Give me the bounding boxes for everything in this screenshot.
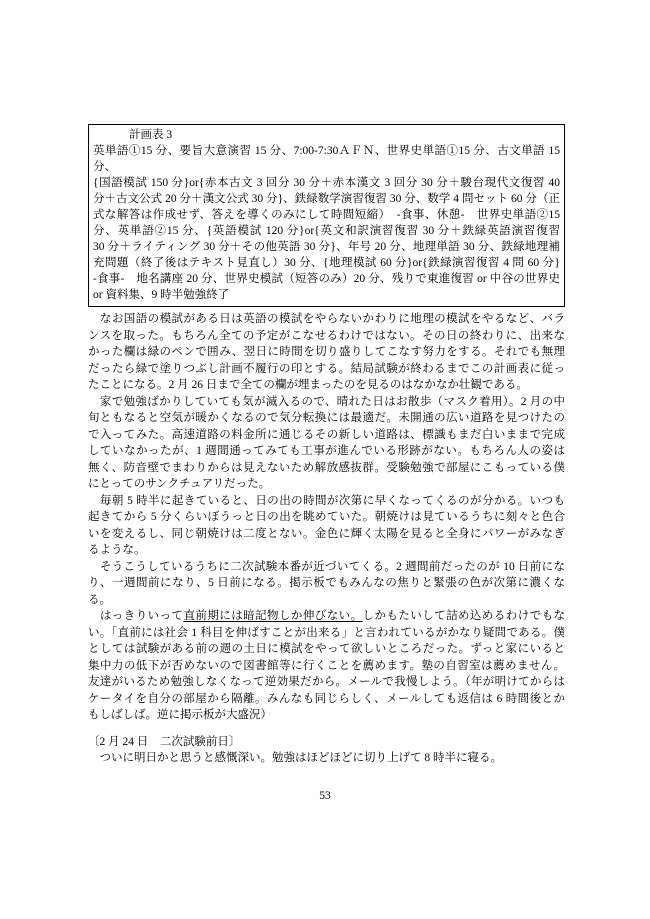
document-page: 計画表 3 英単語①15 分、要旨大意演習 15 分、7:00-7:30ＡＦＮ、… <box>0 0 650 919</box>
text-line: いを変えるし、同じ朝焼けは二度とない。金色に輝く太陽を見ると全身にパワーがみなぎ <box>88 526 565 543</box>
text-line: 無く、防音壁でまわりからは見えないため解放感抜群。受験勉強で部屋にこもっている僕 <box>88 460 565 477</box>
text-line: かった欄は緑のペンで囲み、翌日に時間を切り盛りしてこなす努力をする。それでも無理 <box>88 344 565 361</box>
section-heading: 〔2 月 24 日 二次試験前日〕 <box>88 734 565 751</box>
plan-text-line: -食事- 地名講座 20 分、世界史模試（短答のみ）20 分、残りで東進復習 o… <box>93 271 560 287</box>
text-column: 計画表 3 英単語①15 分、要旨大意演習 15 分、7:00-7:30ＡＦＮ、… <box>88 124 565 767</box>
paragraph-5: はっきりいって直前期には暗記物しか伸びない。しかもたいして詰め込めるわけでもな … <box>88 608 565 724</box>
text-line: 起きてから 5 分くらいぼうっと日の出を眺めていた。朝焼けは見ているうちに刻々と… <box>88 509 565 526</box>
text-line: 旬ともなると空気が暖かくなるので気分転換には最適だ。未開通の広い道路を見つけたの <box>88 410 565 427</box>
underlined-text: 直前期には暗記物しか伸びない。 <box>184 610 363 622</box>
text-line: にとってのサンクチュアリだった。 <box>88 476 565 493</box>
text-line: ケータイを自分の部屋から隔離。みんなも同じらしく、メールしても返信は 6 時間後… <box>88 691 565 708</box>
text-line: り、一週間前になり、5 日前になる。掲示板でもみんなの焦りと緊張の色が次第に濃く… <box>88 575 565 592</box>
text-line: 友達がいるため勉強しなくなって逆効果だから。メールで我慢しよう。（年が明けてから… <box>88 674 565 691</box>
body-text: なお国語の模試がある日は英語の模試をやらないかわりに地理の模試をやるなど、バラン… <box>88 311 565 767</box>
plan-text-line: 英単語①15 分、要旨大意演習 15 分、7:00-7:30ＡＦＮ、世界史単語①… <box>93 143 560 159</box>
study-plan-table-box: 計画表 3 英単語①15 分、要旨大意演習 15 分、7:00-7:30ＡＦＮ、… <box>88 124 565 307</box>
text-line: い。「直前には社会 1 科目を伸ばすことが出来る」と言われているがかなり疑問であ… <box>88 625 565 642</box>
text-line: としては試験がある前の週の土日に模試をやって欲しいところだった。ずっと家にいると <box>88 641 565 658</box>
text-segment: はっきりいって <box>88 610 184 622</box>
text-line: たことになる。2 月 26 日まで全ての欄が埋まったのを見るのはなかなか壮観であ… <box>88 377 565 394</box>
text-line: 家で勉強ばかりしていても気が滅入るので、晴れた日はお散歩（マスク着用）。2 月の… <box>88 394 565 411</box>
text-line: だったら緑で塗りつぶし計画不履行の印とする。結局試験が終わるまでこの計画表に従っ <box>88 361 565 378</box>
text-line: る。 <box>88 592 565 609</box>
text-line: ンスを取った。もちろん全ての予定がこなせるわけではない。その日の終わりに、出来な <box>88 328 565 345</box>
plan-box-title: 計画表 3 <box>93 127 560 143</box>
plan-text-line: 分、 <box>93 159 560 175</box>
text-line: 集中力の低下が否めないので図書館等に行くことを薦めます。塾の自習室は薦めません。 <box>88 658 565 675</box>
text-line: るような。 <box>88 542 565 559</box>
plan-text-line: 分、英単語②15 分、{英語模試 120 分}or{英文和訳演習復習 30 分＋… <box>93 223 560 239</box>
plan-text-line: or 資料集、9 時半勉強終了 <box>93 287 560 303</box>
closing-line: ついに明日かと思うと感慨深い。勉強はほどほどに切り上げて 8 時半に寝る。 <box>88 750 565 767</box>
text-line: そうこうしているうちに二次試験本番が近づいてくる。2 週間前だったのが 10 日… <box>88 559 565 576</box>
text-line: なお国語の模試がある日は英語の模試をやらないかわりに地理の模試をやるなど、バラ <box>88 311 565 328</box>
plan-text-line: 30 分＋ライティング 30 分＋その他英語 30 分}、年号 20 分、地理単… <box>93 239 560 255</box>
plan-text-line: 式な解答は作成せず、答えを導くのみにして時間短縮） -食事、休憩- 世界史単語②… <box>93 207 560 223</box>
text-line: もしばしば。逆に掲示板が大盛況） <box>88 707 565 724</box>
page-number: 53 <box>0 789 650 803</box>
text-segment: しかもたいして詰め込めるわけでもな <box>363 610 565 622</box>
text-line: していなかったが、1 週間通ってみても工事が進んでいる形跡がない。もちろん人の姿… <box>88 443 565 460</box>
plan-text-line: 分＋古文公式 20 分＋漢文公式 30 分}、鉄緑数学演習復習 30 分、数学 … <box>93 191 560 207</box>
text-line-with-underline: はっきりいって直前期には暗記物しか伸びない。しかもたいして詰め込めるわけでもな <box>88 608 565 625</box>
text-line: 毎朝 5 時半に起きていると、日の出の時間が次第に早くなってくるのが分かる。いつ… <box>88 493 565 510</box>
text-line: で入ってみた。高速道路の料金所に通じるその新しい道路は、標識もまだ白いままで完成 <box>88 427 565 444</box>
plan-text-line: 充問題（終了後はテキスト見直し）30 分、{地理模試 60 分}or{鉄緑演習復… <box>93 255 560 271</box>
plan-text-line: {国語模試 150 分}or{赤本古文 3 回分 30 分＋赤本漢文 3 回分 … <box>93 175 560 191</box>
